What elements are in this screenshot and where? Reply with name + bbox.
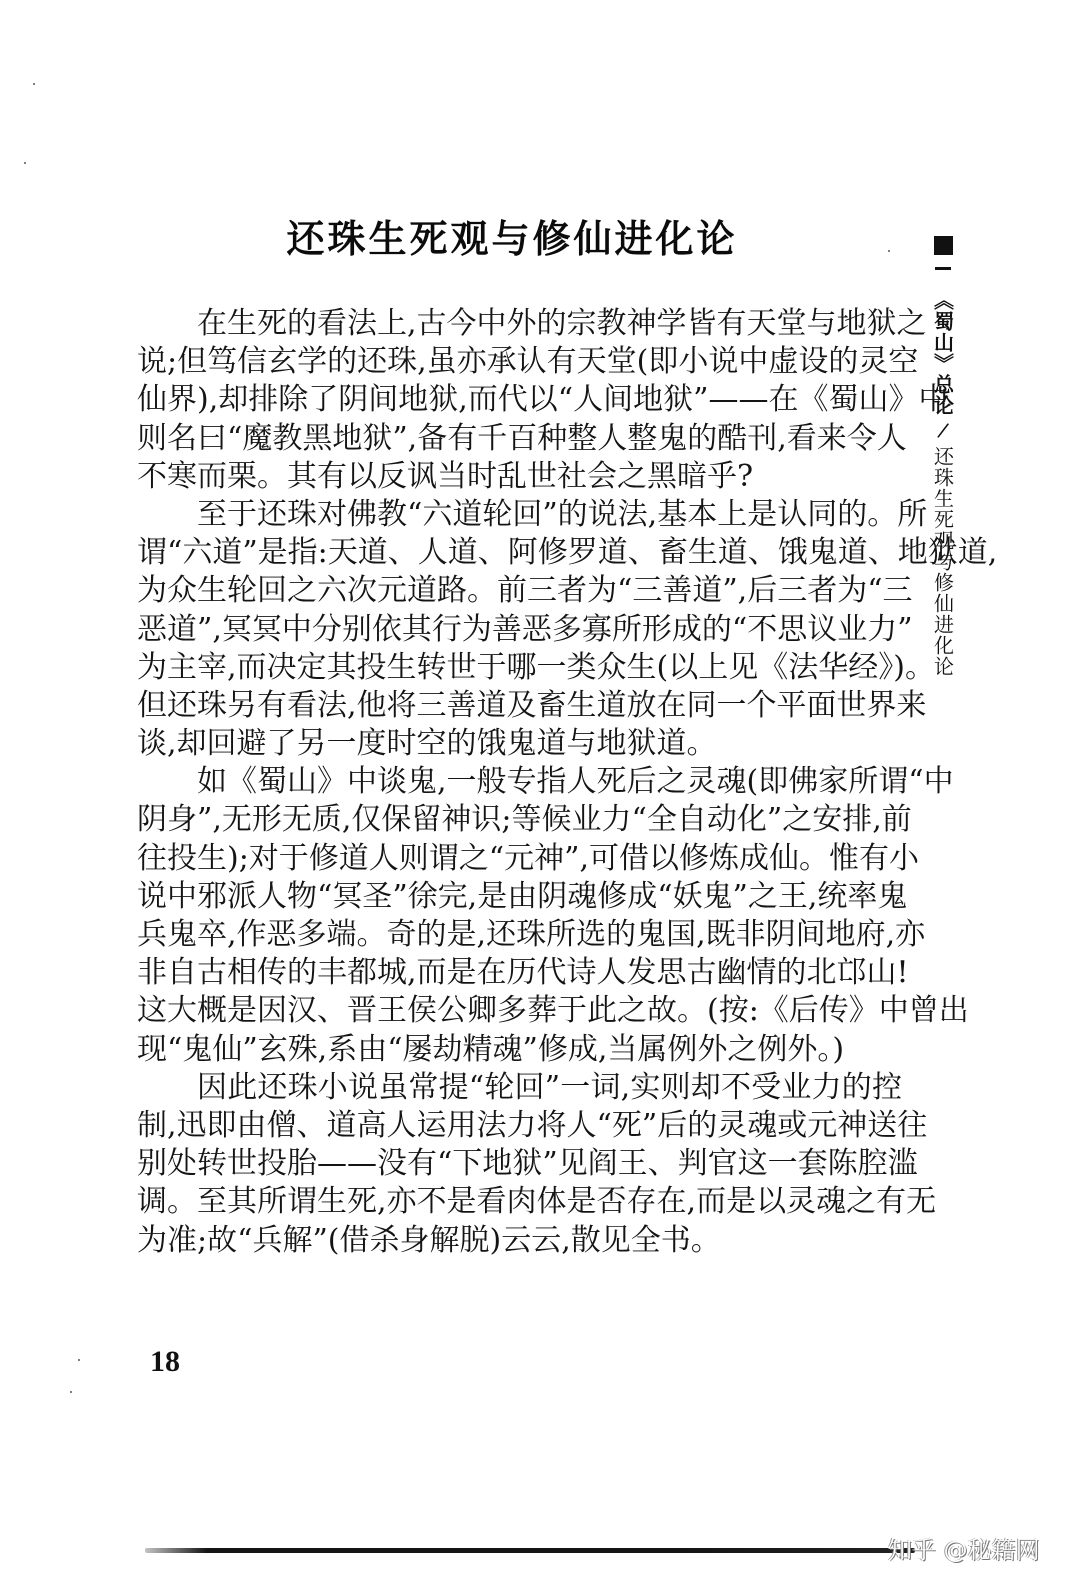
text-line: 说;但笃信玄学的还珠,虽亦承认有天堂(即小说中虚设的灵空 (137, 343, 902, 381)
watermark: 知乎 @秘籍网 (888, 1530, 1040, 1565)
text-line: 现“鬼仙”玄殊,系由“屡劫精魂”修成,当属例外之例外。) (137, 1031, 902, 1069)
text-line: 为主宰,而决定其投生转世于哪一类众生(以上见《法华经》)。 (137, 649, 902, 687)
text-line: 调。至其所谓生死,亦不是看肉体是否存在,而是以灵魂之有无 (137, 1183, 902, 1221)
body-text: 在生死的看法上,古今中外的宗教神学皆有天堂与地狱之 说;但笃信玄学的还珠,虽亦承… (137, 305, 902, 1260)
text-line: 谈,却回避了另一度时空的饿鬼道与地狱道。 (137, 725, 902, 763)
text-line: 别处转世投胎——没有“下地狱”见阎王、判官这一套陈腔滥 (137, 1145, 902, 1183)
text-line: 为众生轮回之六次元道路。前三者为“三善道”,后三者为“三 (137, 572, 902, 610)
running-header-separator: / (936, 418, 951, 443)
text-line: 这大概是因汉、晋王侯公卿多葬于此之故。(按:《后传》中曾出 (137, 992, 902, 1030)
scan-speck (70, 1391, 72, 1393)
running-header: 《蜀山》总论 / 还珠生死观与修仙进化论 (928, 236, 958, 677)
page-title: 还珠生死观与修仙进化论 (272, 208, 752, 263)
scan-speck (78, 1359, 80, 1361)
scan-speck (888, 250, 890, 252)
text-line: 因此还珠小说虽常提“轮回”一词,实则却不受业力的控 (137, 1069, 902, 1107)
text-line: 说中邪派人物“冥圣”徐完,是由阴魂修成“妖鬼”之王,统率鬼 (137, 878, 902, 916)
text-line: 但还珠另有看法,他将三善道及畜生道放在同一个平面世界来 (137, 687, 902, 725)
scan-speck (33, 83, 35, 85)
text-line: 兵鬼卒,作恶多端。奇的是,还珠所选的鬼国,既非阴间地府,亦 (137, 916, 902, 954)
text-line: 阴身”,无形无质,仅保留神识;等候业力“全自动化”之安排,前 (137, 801, 902, 839)
text-line: 在生死的看法上,古今中外的宗教神学皆有天堂与地狱之 (137, 305, 902, 343)
text-line: 仙界),却排除了阴间地狱,而代以“人间地狱”——在《蜀山》中 (137, 381, 902, 419)
scan-edge-rule (145, 1548, 915, 1553)
text-line: 非自古相传的丰都城,而是在历代诗人发思古幽情的北邙山! (137, 954, 902, 992)
page-number: 18 (150, 1345, 180, 1379)
text-line: 至于还珠对佛教“六道轮回”的说法,基本上是认同的。所 (137, 496, 902, 534)
text-line: 制,迅即由僧、道高人运用法力将人“死”后的灵魂或元神送往 (137, 1107, 902, 1145)
text-line: 为准;故“兵解”(借杀身解脱)云云,散见全书。 (137, 1222, 902, 1260)
chapter-number (935, 267, 951, 270)
text-line: 不寒而栗。其有以反讽当时乱世社会之黑暗乎? (137, 458, 902, 496)
chapter-marker-square-icon (934, 236, 953, 255)
scan-speck (24, 162, 26, 164)
text-line: 往投生);对于修道人则谓之“元神”,可借以修炼成仙。惟有小 (137, 840, 902, 878)
text-line: 谓“六道”是指:天道、人道、阿修罗道、畜生道、饿鬼道、地狱道, (137, 534, 902, 572)
text-line: 如《蜀山》中谈鬼,一般专指人死后之灵魂(即佛家所谓“中 (137, 763, 902, 801)
text-line: 则名曰“魔教黑地狱”,备有千百种整人整鬼的酷刊,看来令人 (137, 420, 902, 458)
text-line: 恶道”,冥冥中分别依其行为善恶多寡所形成的“不思议业力” (137, 611, 902, 649)
